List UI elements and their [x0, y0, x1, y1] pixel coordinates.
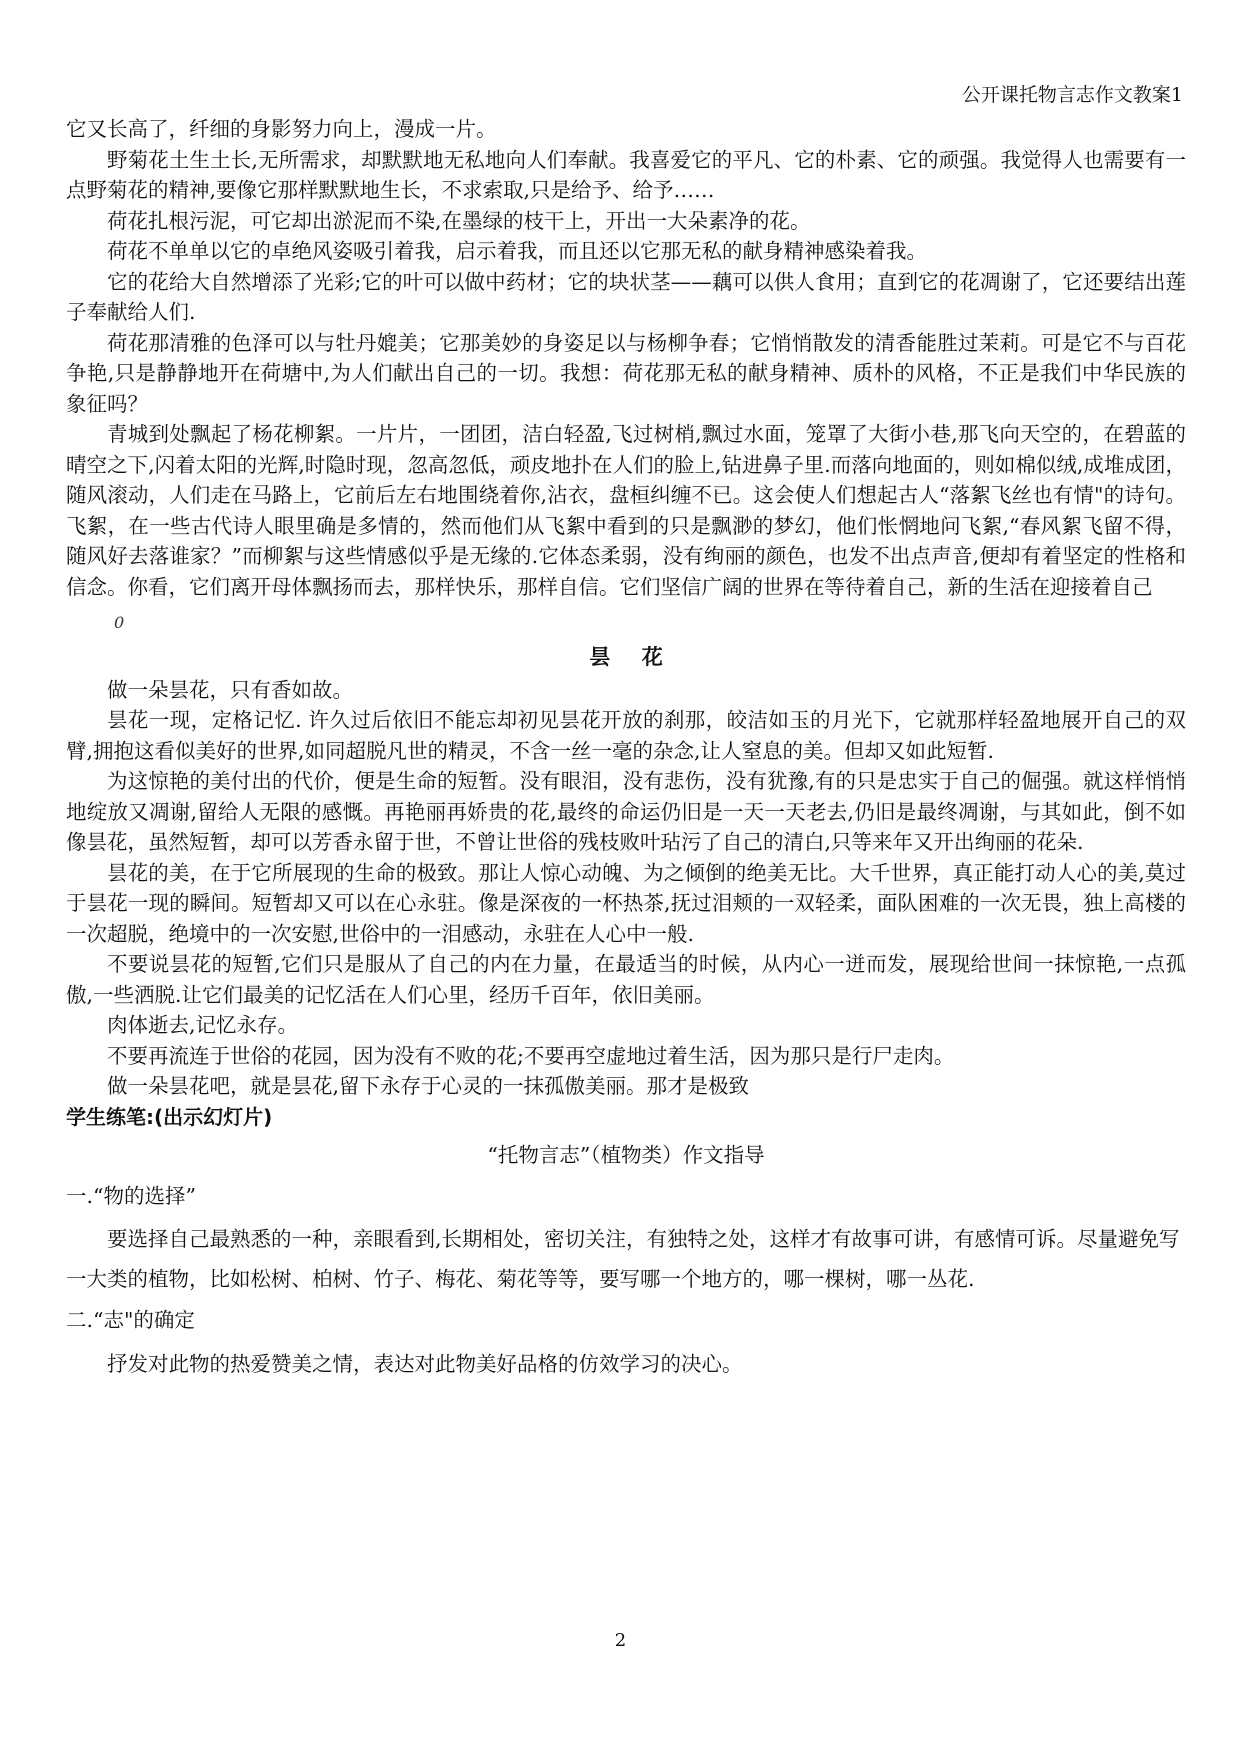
page-number: 2	[0, 1630, 1241, 1651]
paragraph: 它的花给大自然增添了光彩;它的叶可以做中药材；它的块状茎——藕可以供人食用；直到…	[66, 267, 1186, 328]
paragraph: 肉体逝去,记忆永存。	[66, 1010, 1186, 1041]
paragraph: 野菊花土生土长,无所需求，却默默地无私地向人们奉献。我喜爱它的平凡、它的朴素、它…	[66, 145, 1186, 206]
paragraph: 不要说昙花的短暂,它们只是服从了自己的内在力量，在最适当的时候，从内心一迸而发，…	[66, 949, 1186, 1010]
section-plant-essays: 它又长高了，纤细的身影努力向上，漫成一片。 野菊花土生土长,无所需求，却默默地无…	[66, 114, 1186, 638]
section-writing-guide: 学生练笔:(出示幻灯片) “托物言志”（植物类）作文指导 一.“物的选择” 要选…	[66, 1102, 1186, 1384]
paragraph: 不要再流连于世俗的花园，因为没有不败的花;不要再空虚地过着生活，因为那只是行尸走…	[66, 1041, 1186, 1072]
paragraph: 荷花不单单以它的卓绝风姿吸引着我，启示着我，而且还以它那无私的献身精神感染着我。	[66, 236, 1186, 267]
guide-item-body: 抒发对此物的热爱赞美之情，表达对此物美好品格的仿效学习的决心。	[66, 1344, 1186, 1384]
paragraph: 青城到处飘起了杨花柳絮。一片片，一团团，洁白轻盈,飞过树梢,飘过水面，笼罩了大街…	[66, 419, 1186, 602]
paragraph: 做一朵昙花，只有香如故。	[66, 675, 1186, 706]
paragraph: 昙花一现，定格记忆. 许久过后依旧不能忘却初见昙花开放的刹那，皎洁如玉的月光下，…	[66, 705, 1186, 766]
paragraph: 荷花那清雅的色泽可以与牡丹媲美；它那美妙的身姿足以与杨柳争春；它悄悄散发的清香能…	[66, 328, 1186, 420]
paragraph: 荷花扎根污泥，可它却出淤泥而不染,在墨绿的枝干上，开出一大朵素净的花。	[66, 206, 1186, 237]
guide-title: “托物言志”（植物类）作文指导	[66, 1140, 1186, 1171]
essay-title: 昙花	[66, 642, 1186, 673]
page-body: 它又长高了，纤细的身影努力向上，漫成一片。 野菊花土生土长,无所需求，却默默地无…	[66, 114, 1186, 1384]
practice-heading: 学生练笔:(出示幻灯片)	[66, 1102, 1186, 1133]
paragraph: 做一朵昙花吧，就是昙花,留下永存于心灵的一抹孤傲美丽。那才是极致	[66, 1071, 1186, 1102]
running-header: 公开课托物言志作文教案1	[962, 80, 1183, 107]
paragraph: 它又长高了，纤细的身影努力向上，漫成一片。	[66, 114, 1186, 145]
paragraph: 昙花的美，在于它所展现的生命的极致。那让人惊心动魄、为之倾倒的绝美无比。大千世界…	[66, 858, 1186, 950]
section-epiphyllum: 昙花 做一朵昙花，只有香如故。 昙花一现，定格记忆. 许久过后依旧不能忘却初见昙…	[66, 642, 1186, 1102]
guide-item-heading: 一.“物的选择”	[66, 1181, 1186, 1212]
guide-item-body: 要选择自己最熟悉的一种，亲眼看到,长期相处，密切关注，有独特之处，这样才有故事可…	[66, 1219, 1186, 1299]
paragraph: 为这惊艳的美付出的代价，便是生命的短暂。没有眼泪，没有悲伤，没有犹豫,有的只是忠…	[66, 766, 1186, 858]
stray-mark: 0	[114, 608, 1186, 638]
guide-item-heading: 二.“志"的确定	[66, 1305, 1186, 1336]
